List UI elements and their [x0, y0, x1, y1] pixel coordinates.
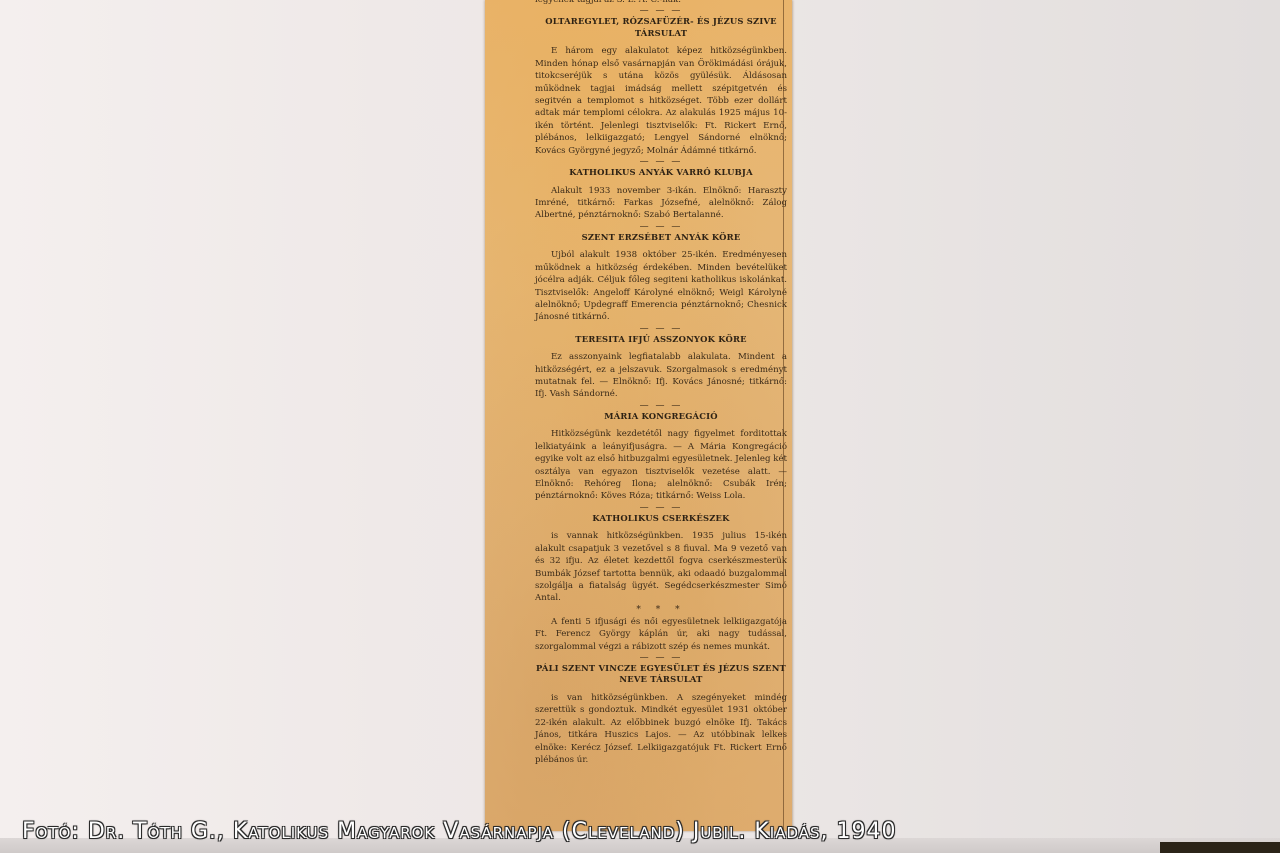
section-maria-kongregacio: MÁRIA KONGREGÁCIÓ Hitközségünk kezdetétő…	[535, 411, 787, 503]
section-pali-szent-vincze: PÁLI SZENT VINCZE EGYESÜLET ÉS JÉZUS SZE…	[535, 663, 787, 766]
clipping-column: legyenek tagjai az S. L. A. C.-nak. — — …	[535, 0, 787, 766]
section-paragraph: E három egy alakulatot képez hitközségün…	[535, 45, 787, 157]
newspaper-clipping: legyenek tagjai az S. L. A. C.-nak. — — …	[485, 0, 792, 831]
section-paragraph: Ujból alakult 1938 október 25-ikén. Ered…	[535, 249, 787, 323]
section-cserkeszek: KATHOLIKUS CSERKÉSZEK is vannak hitközsé…	[535, 513, 787, 653]
divider: — — —	[535, 401, 787, 411]
section-title: KATHOLIKUS ANYÁK VARRÓ KLUBJA	[535, 167, 787, 179]
section-title: PÁLI SZENT VINCZE EGYESÜLET ÉS JÉZUS SZE…	[535, 663, 787, 686]
section-title: SZENT ERZSÉBET ANYÁK KÖRE	[535, 232, 787, 244]
section-teresita: TERESITA IFJÚ ASSZONYOK KÖRE Ez asszonya…	[535, 334, 787, 401]
section-paragraph: is van hitközségünkben. A szegényeket mi…	[535, 692, 787, 766]
section-title: OLTAREGYLET, RÓZSAFÜZÉR- ÉS JÉZUS SZIVE …	[535, 16, 787, 39]
section-varro-klub: KATHOLIKUS ANYÁK VARRÓ KLUBJA Alakult 19…	[535, 167, 787, 222]
divider: — — —	[535, 222, 787, 232]
section-paragraph: A fenti 5 ifjusági és női egyesületnek l…	[535, 616, 787, 653]
divider: — — —	[535, 324, 787, 334]
section-oltaregylet: OLTAREGYLET, RÓZSAFÜZÉR- ÉS JÉZUS SZIVE …	[535, 16, 787, 157]
asterism: * * *	[535, 605, 787, 616]
section-title: TERESITA IFJÚ ASSZONYOK KÖRE	[535, 334, 787, 346]
section-szent-erzsebet: SZENT ERZSÉBET ANYÁK KÖRE Ujból alakult …	[535, 232, 787, 324]
section-title: MÁRIA KONGREGÁCIÓ	[535, 411, 787, 423]
section-title: KATHOLIKUS CSERKÉSZEK	[535, 513, 787, 525]
divider: — — —	[535, 157, 787, 167]
divider: — — —	[535, 6, 787, 16]
section-paragraph: is vannak hitközségünkben. 1935 julius 1…	[535, 530, 787, 604]
section-paragraph: Alakult 1933 november 3-ikán. Elnöknő: H…	[535, 185, 787, 222]
photo-credit-caption: Fotó: Dr. Tóth G., Katolikus Magyarok Va…	[22, 819, 1262, 845]
section-paragraph: Ez asszonyaink legfiatalabb alakulata. M…	[535, 351, 787, 401]
section-paragraph: Hitközségünk kezdetétől nagy figyelmet f…	[535, 428, 787, 502]
divider: — — —	[535, 503, 787, 513]
divider: — — —	[535, 653, 787, 663]
